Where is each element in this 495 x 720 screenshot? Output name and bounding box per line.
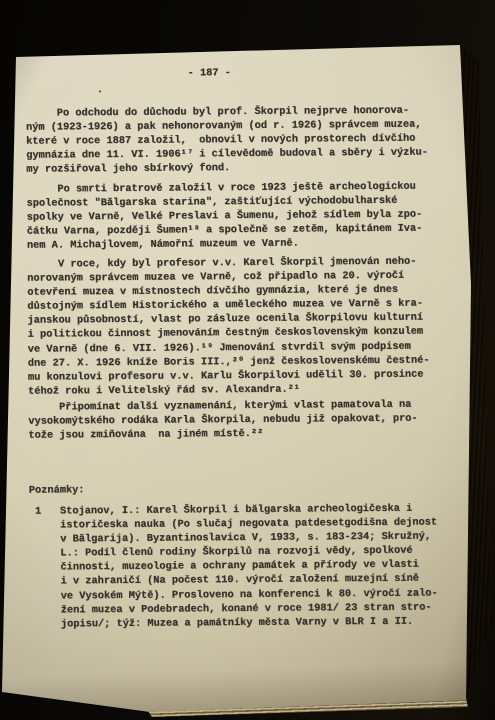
- book-photo-scene: - 187 - . Po odchodu do důchodu byl prof…: [0, 0, 495, 720]
- paragraph: Po odchodu do důchodu byl prof. Škorpil …: [26, 104, 428, 178]
- footnote-number: 1: [35, 505, 41, 519]
- page-number: - 187 -: [188, 66, 231, 80]
- book-page: - 187 - . Po odchodu do důchodu byl prof…: [0, 0, 495, 720]
- ink-speck: .: [97, 83, 103, 97]
- footnote-text: Stojanov, I.: Karel Škorpil i bălgarska …: [60, 501, 438, 631]
- typewritten-text-layer: - 187 - . Po odchodu do důchodu byl prof…: [0, 0, 495, 720]
- notes-heading: Poznámky:: [29, 483, 85, 498]
- paragraph: Připomínat další vyznamenání, kterými vl…: [28, 398, 418, 443]
- paragraph: V roce, kdy byl profesor v.v. Karel Škor…: [27, 255, 430, 399]
- paragraph: Po smrti bratrově založil v roce 1923 je…: [26, 180, 422, 254]
